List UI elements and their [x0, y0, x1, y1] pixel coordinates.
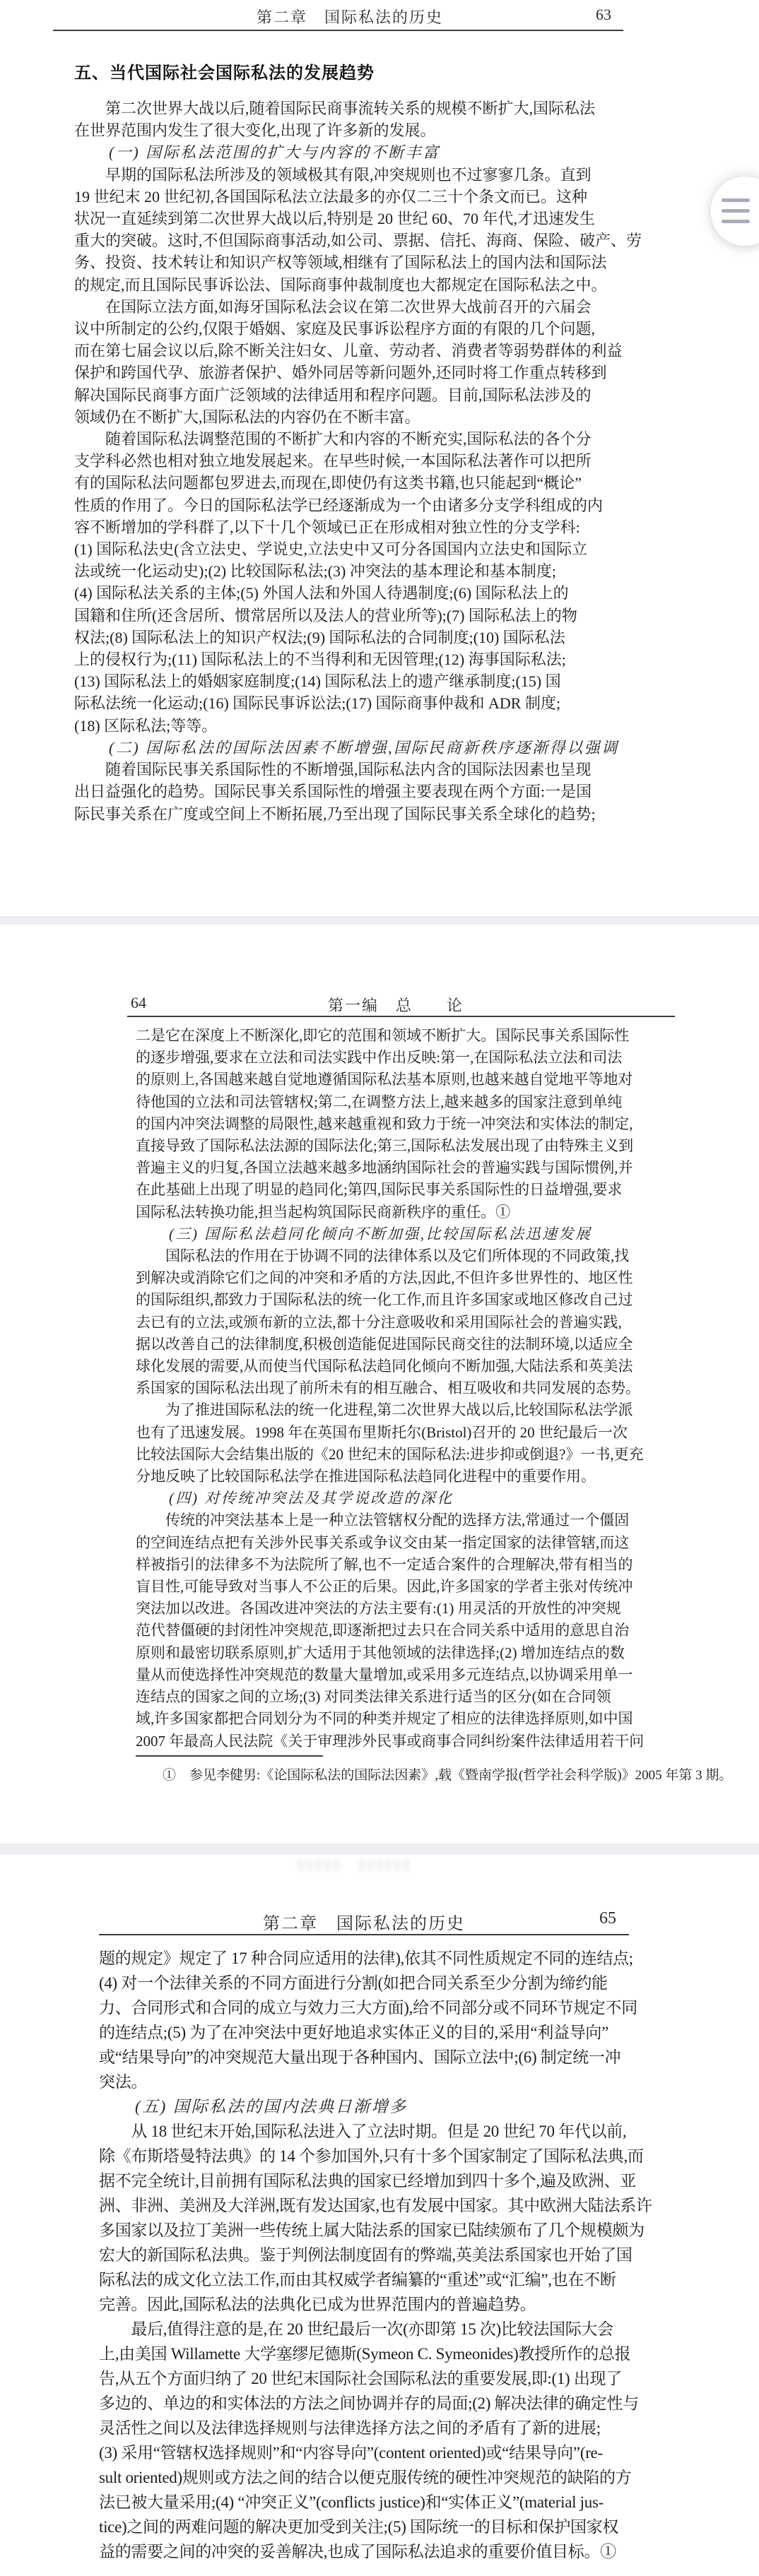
page-63-running-header: 第二章 国际私法的历史 63	[0, 6, 759, 30]
text-line: 保护和跨国代孕、旅游者保护、婚外同居等新问题外,还同时将工作重点转移到	[74, 362, 627, 384]
page-separator	[0, 1844, 759, 1854]
text-line: 容不断增加的学科群了,以下十几个领域已正在形成相对独立性的分支学科:	[74, 516, 627, 538]
text-line: 法已被大量采用;(4) “冲突正义”(conflicts justice)和“实…	[99, 2490, 630, 2515]
page-64-text: 二是它在深度上不断深化,即它的范围和领域不断扩大。国际民事关系国际性的逐步增强,…	[136, 1025, 659, 1752]
text-line: 量从而使选择性冲突规范的数量大量增加,或采用多元连结点,以协调采用单一	[136, 1664, 659, 1686]
text-line: 在国际立法方面,如海牙国际私法会议在第二次世界大战前召开的六届会	[74, 296, 627, 318]
text-line: 第二次世界大战以后,随着国际民商事流转关系的规模不断扩大,国际私法	[74, 97, 627, 119]
running-header-title: 第二章 国际私法的历史	[99, 1909, 629, 1934]
text-line: 的原则上,各国越来越自觉地遵循国际私法基本原则,也越来越自觉地平等地对	[136, 1069, 659, 1091]
text-line: 领域仍在不断扩大,国际私法的内容仍在不断丰富。	[74, 406, 627, 428]
text-line: 务、投资、技术转让和知识产权等领域,相继有了国际私法上的国内法和国际法	[74, 251, 627, 273]
text-line: 在此基础上出现了明显的趋同化;第四,国际民事关系国际性的日益增强,要求	[136, 1179, 659, 1201]
text-line: 题的规定》规定了 17 种合同应适用的法律),依其不同性质规定不同的连结点;	[99, 1946, 630, 1971]
text-line: 多国家以及拉丁美洲一些传统上属大陆法系的国家已陆续颁布了几个规模颇为	[99, 2218, 630, 2243]
scanned-page-63: 第二章 国际私法的历史 63 五、当代国际社会国际私法的发展趋势 第二次世界大战…	[0, 0, 759, 916]
text-line: 普遍主义的归复,各国立法越来越多地涵纳国际社会的普遍实践与国际惯例,并	[136, 1157, 659, 1179]
hamburger-icon	[722, 198, 750, 223]
text-line: 而在第七届会议以后,除不断关注妇女、儿童、劳动者、消费者等弱势群体的利益	[74, 340, 627, 362]
text-line: 传统的冲突法基本上是一种立法管辖权分配的选择方法,常通过一个僵固	[136, 1509, 659, 1531]
running-header-title: 第二章 国际私法的历史	[74, 6, 625, 28]
text-line: 性质的作用了。今日的国际私法学已经逐渐成为一个由诸多分支学科组成的内	[74, 494, 627, 516]
text-line: 际民事关系在广度或空间上不断拓展,乃至出现了国际民事关系全球化的趋势;	[74, 803, 627, 825]
text-line: 19 世纪末 20 世纪初,各国国际私法立法最多的亦仅二三十个条文而已。这种	[74, 186, 627, 208]
text-line: 早期的国际私法所涉及的领域极其有限,冲突规则也不过寥寥几条。直到	[74, 164, 627, 186]
page-65-text: 题的规定》规定了 17 种合同应适用的法律),依其不同性质规定不同的连结点;(4…	[99, 1946, 630, 2564]
text-line: 议中所制定的公约,仅限于婚姻、家庭及民事诉讼程序方面的有限的几个问题,	[74, 318, 627, 340]
text-line: 灵活性之间以及法律选择规则与法律选择方法之间的矛盾有了新的进展;	[99, 2416, 630, 2440]
text-line: 也有了迅速发展。1998 年在英国布里斯托尔(Bristol)召开的 20 世纪…	[136, 1422, 659, 1444]
header-rule	[127, 1016, 675, 1017]
text-line: 二是它在深度上不断深化,即它的范围和领域不断扩大。国际民事关系国际性	[136, 1025, 659, 1047]
text-line: (四) 对传统冲突法及其学说改造的深化	[136, 1488, 659, 1509]
text-line: 的逐步增强,要求在立法和司法实践中作出反映:第一,在国际私法立法和司法	[136, 1047, 659, 1069]
footnote-rule	[136, 1755, 323, 1757]
text-line: 的规定,而且国际民事诉讼法、国际商事仲裁制度也大都规定在国际私法之中。	[74, 274, 627, 296]
scanned-page-65: ▒▒▒▒▒ ▒▒▒▒▒▒ 第二章 国际私法的历史 65 题的规定》规定了 17 …	[0, 1854, 759, 2576]
text-line: tice)之间的两难问题的解决更加受到关注;(5) 国际统一的目标和保护国家权	[99, 2515, 630, 2539]
text-line: 上的侵权行为;(11) 国际私法上的不当得利和无因管理;(12) 海事国际私法;	[74, 648, 627, 670]
text-line: 分地反映了比较国际私法学在推进国际私法趋同化进程中的重要作用。	[136, 1466, 659, 1488]
text-line: 原则和最密切联系原则,扩大适用于其他领域的法律选择;(2) 增加连结点的数	[136, 1642, 659, 1664]
text-line: 有的国际私法问题都包罗进去,而现在,即使仍有这类书籍,也只能起到“概论”	[74, 472, 627, 494]
text-line: 状况一直延续到第二次世界大战以后,特别是 20 世纪 60、70 年代,才迅速发…	[74, 208, 627, 230]
text-line: (18) 区际私法;等等。	[74, 715, 627, 737]
text-line: 为了推进国际私法的统一化进程,第二次世界大战以后,比较国际私法学派	[136, 1399, 659, 1421]
text-line: 重大的突破。这时,不但国际商事活动,如公司、票据、信托、海商、保险、破产、劳	[74, 230, 627, 251]
text-line: 从 18 世纪末开始,国际私法进入了立法时期。但是 20 世纪 70 年代以前,	[99, 2119, 630, 2144]
running-header-title: 第一编 总 论	[134, 994, 657, 1016]
text-line: 宏大的新国际私法典。鉴于判例法制度固有的弊端,英美法系国家也开始了国	[99, 2243, 630, 2267]
text-line: (1) 国际私法史(含立法史、学说史,立法史中又可分各国国内立法史和国际立	[74, 538, 627, 560]
text-line: 突法加以改进。各国改进冲突法的方法主要有:(1) 用灵活的开放性的冲突规	[136, 1598, 659, 1620]
text-line: 的国内冲突法调整的局限性,越来越重视和致力于统一冲突法和实体法的制定,	[136, 1113, 659, 1135]
text-line: 的空间连结点把有关涉外民事关系或争议交由某一指定国家的法律管辖,而这	[136, 1532, 659, 1554]
text-line: 盲目性,可能导致对当事人不公正的后果。因此,许多国家的学者主张对传统冲	[136, 1576, 659, 1598]
text-line: 样被指引的法律多不为法院所了解,也不一定适合案件的合理解决,带有相当的	[136, 1554, 659, 1576]
text-line: (三) 国际私法趋同化倾向不断加强,比较国际私法迅速发展	[136, 1223, 659, 1245]
text-line: 比较法国际大会结集出版的《20 世纪末的国际私法:进步抑或倒退?》一书,更充	[136, 1444, 659, 1466]
text-line: 的国际组织,都致力于国际私法的统一化工作,而且许多国家或地区修改自己过	[136, 1289, 659, 1311]
text-line: 在世界范围内发生了很大变化,出现了许多新的发展。	[74, 119, 627, 141]
text-line: 随着国际民事关系国际性的不断增强,国际私法内含的国际法因素也呈现	[74, 759, 627, 780]
text-line: (一) 国际私法范围的扩大与内容的不断丰富	[74, 141, 627, 163]
page-number: 65	[599, 1909, 616, 1928]
text-line: (二) 国际私法的国际法因素不断增强,国际民商新秩序逐渐得以强调	[74, 737, 627, 759]
text-line: sult oriented)规则或方法之间的结合以便克服传统的硬性冲突规范的缺陷…	[99, 2465, 630, 2490]
scan-showthrough-smudge: ▒▒▒▒▒ ▒▒▒▒▒▒	[297, 1860, 411, 1872]
text-line: 支学科必然也相对独立地发展起来。在早些时候,一本国际私法著作可以把所	[74, 450, 627, 472]
text-line: 直接导致了国际私法法源的国际法化;第三,国际私法发展出现了由特殊主义到	[136, 1135, 659, 1157]
header-rule	[99, 1934, 629, 1935]
page-63-text: 五、当代国际社会国际私法的发展趋势 第二次世界大战以后,随着国际民商事流转关系的…	[74, 54, 627, 825]
text-line: 2007 年最高人民法院《关于审理涉外民事或商事合同纠纷案件法律适用若干问	[136, 1731, 659, 1752]
text-line: 去已有的立法,或颁布新的立法,都十分注意吸收和采用国际社会的普遍实践,	[136, 1312, 659, 1334]
text-line: 法或统一化运动史);(2) 比较国际私法;(3) 冲突法的基本理论和基本制度;	[74, 560, 627, 582]
text-line: 洲、非洲、美洲及大洋洲,既有发达国家,也有发展中国家。其中欧洲大陆法系许	[99, 2193, 630, 2218]
text-line: 上,由美国 Willamette 大学塞缪尼德斯(Symeon C. Symeo…	[99, 2341, 630, 2366]
text-line: (4) 国际私法关系的主体;(5) 外国人法和外国人待遇制度;(6) 国际私法上…	[74, 582, 627, 604]
text-line: 国际私法转换功能,担当起构筑国际民商新秩序的重任。①	[136, 1201, 659, 1223]
text-line: 待他国的立法和司法管辖权;第二,在调整方法上,越来越多的国家注意到单纯	[136, 1091, 659, 1113]
text-line: 告,从五个方面归纳了 20 世纪末国际社会国际私法的重要发展,即:(1) 出现了	[99, 2366, 630, 2391]
text-line: 据不完全统计,目前拥有国际私法典的国家已经增加到四十多个,遍及欧洲、亚	[99, 2168, 630, 2193]
scanned-page-64: 64 第一编 总 论 二是它在深度上不断深化,即它的范围和领域不断扩大。国际民事…	[0, 925, 759, 1844]
text-line: 系国家的国际私法出现了前所未有的相互融合、相互吸收和共同发展的态势。	[136, 1377, 659, 1399]
page-64-running-header: 64 第一编 总 论	[0, 994, 759, 1018]
text-line: 完善。因此,国际私法的法典化已成为世界范围内的普遍趋势。	[99, 2292, 630, 2317]
text-line: 多边的、单边的和实体法的方法之间协调并存的局面;(2) 解决法律的确定性与	[99, 2391, 630, 2416]
page-65-running-header: 第二章 国际私法的历史 65	[0, 1909, 759, 1933]
text-line: 力、合同形式和合同的成立与效力三大方面),给不同部分或不同环节规定不同	[99, 1995, 630, 2020]
text-line: 除《布斯塔曼特法典》的 14 个参加国外,只有十多个国家制定了国际私法典,而	[99, 2144, 630, 2168]
text-line: 随着国际私法调整范围的不断扩大和内容的不断充实,国际私法的各个分	[74, 428, 627, 450]
text-line: (13) 国际私法上的婚姻家庭制度;(14) 国际私法上的遗产继承制度;(15)…	[74, 670, 627, 692]
text-line: (4) 对一个法律关系的不同方面进行分割(如把合同关系至少分割为缔约能	[99, 1971, 630, 1995]
text-line: 据以改善自己的法律制度,积极创造能促进国际民商交往的法制环境,以适应全	[136, 1334, 659, 1355]
text-line: 解决国际民商事方面广泛领域的法律适用和程序问题。目前,国际私法涉及的	[74, 384, 627, 406]
header-rule	[53, 30, 623, 31]
text-line: 球化发展的需要,从而使当代国际私法趋同化倾向不断加强,大陆法系和英美法	[136, 1355, 659, 1377]
page-number: 63	[596, 6, 611, 24]
text-line: 国籍和住所(还含居所、惯常居所以及法人的营业所等);(7) 国际私法上的物	[74, 605, 627, 627]
text-line: 际私法统一化运动;(16) 国际民事诉讼法;(17) 国际商事仲裁和 ADR 制…	[74, 692, 627, 714]
text-line: 域,许多国家都把合同划分为不同的种类并规定了相应的法律选择原则,如中国	[136, 1708, 659, 1730]
footnote-text: ① 参见李健男:《论国际私法的国际法因素》,载《暨南学报(哲学社会科学版)》20…	[136, 1767, 659, 1784]
text-line: 国际私法的作用在于协调不同的法律体系以及它们所体现的不同政策,找	[136, 1245, 659, 1267]
text-line: 突法。	[99, 2070, 630, 2094]
text-line: 权法;(8) 国际私法上的知识产权法;(9) 国际私法的合同制度;(10) 国际…	[74, 627, 627, 648]
text-line: 范代替僵硬的封闭性冲突规范,即逐渐把过去只在合同关系中适用的意思自治	[136, 1620, 659, 1642]
text-line: 最后,值得注意的是,在 20 世纪最后一次(亦即第 15 次)比较法国际大会	[99, 2317, 630, 2341]
text-line: 五、当代国际社会国际私法的发展趋势	[74, 61, 627, 86]
text-line: 际私法的成文化立法工作,而由其权威学者编纂的“重述”或“汇编”,也在不断	[99, 2267, 630, 2292]
page-separator	[0, 916, 759, 925]
text-line: 益的需要之间的冲突的妥善解决,也成了国际私法追求的重要价值目标。①	[99, 2539, 630, 2564]
text-line: 到解决或消除它们之间的冲突和矛盾的方法,因此,不但许多世界性的、地区性	[136, 1267, 659, 1289]
text-line: 的连结点;(5) 为了在冲突法中更好地追求实体正义的目的,采用“利益导向”	[99, 2020, 630, 2045]
text-line: 或“结果导向”的冲突规范大量出现于各种国内、国际立法中;(6) 制定统一冲	[99, 2045, 630, 2070]
text-line: 出日益强化的趋势。国际民事关系国际性的增强主要表现在两个方面:一是国	[74, 780, 627, 802]
text-line: (3) 采用“管辖权选择规则”和“内容导向”(content oriented)…	[99, 2440, 630, 2465]
text-line: 连结点的国家之间的立场;(3) 对同类法律关系进行适当的区分(如在合同领	[136, 1686, 659, 1708]
text-line: (五) 国际私法的国内法典日渐增多	[99, 2094, 630, 2119]
